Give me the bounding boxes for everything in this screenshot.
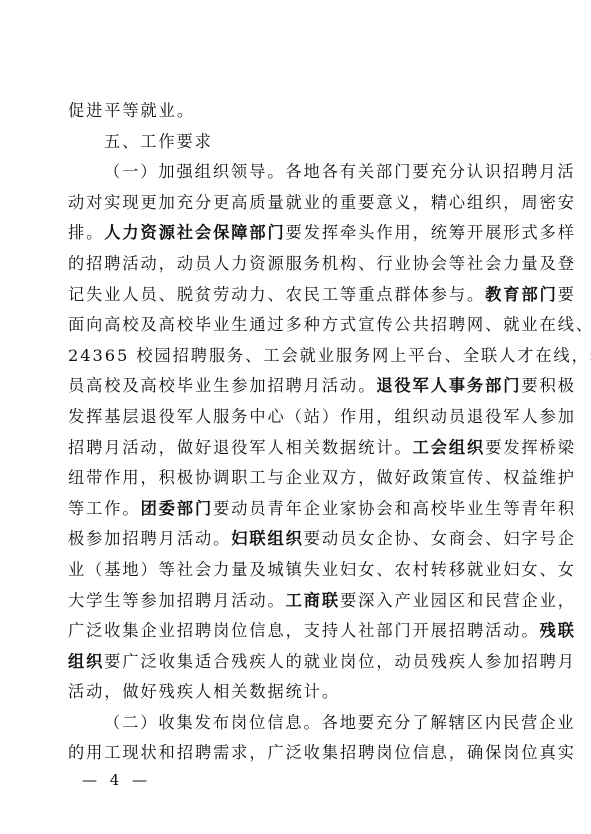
bold-department-name: 教育部门: [485, 285, 558, 304]
text-line: 排。人力资源社会保障部门要发挥牵头作用，统筹开展形式多样: [68, 218, 524, 249]
bold-department-name: 残联: [540, 621, 576, 640]
text-line: 纽带作用，积极协调职工与企业双方，做好政策宣传、权益维护: [68, 463, 524, 494]
text-line: 的用工现状和招聘需求，广泛收集招聘岗位信息，确保岗位真实: [68, 738, 524, 769]
text-segment: 纽带作用，积极协调职工与企业双方，做好政策宣传、权益维护: [68, 468, 576, 487]
text-segment: 大学生等参加招聘月活动。: [68, 591, 286, 610]
text-segment: 招聘月活动，做好退役军人相关数据统计。: [68, 438, 413, 457]
text-line: 等工作。团委部门要动员青年企业家协会和高校毕业生等青年积: [68, 494, 524, 525]
text-segment: 五、工作要求: [104, 132, 213, 151]
text-segment: 要发挥桥梁: [485, 438, 576, 457]
bold-department-name: 人力资源社会保障部门: [104, 223, 285, 242]
text-line: （二）收集发布岗位信息。各地要充分了解辖区内民营企业: [68, 708, 524, 739]
text-segment: 24365 校园招聘服务、工会就业服务网上平台、全联人才在线，动: [68, 346, 591, 365]
text-segment: 记失业人员、脱贫劳动力、农民工等重点群体参与。: [68, 285, 485, 304]
text-line: 记失业人员、脱贫劳动力、农民工等重点群体参与。教育部门要: [68, 280, 524, 311]
bold-department-name: 妇联组织: [231, 529, 304, 548]
text-line: 的招聘活动，动员人力资源服务机构、行业协会等社会力量及登: [68, 249, 524, 280]
text-segment: 业（基地）等社会力量及城镇失业妇女、农村转移就业妇女、女: [68, 560, 576, 579]
text-segment: 的招聘活动，动员人力资源服务机构、行业协会等社会力量及登: [68, 254, 576, 273]
text-line: 动对实现更加充分更高质量就业的重要意义，精心组织，周密安: [68, 188, 524, 219]
document-body: 促进平等就业。五、工作要求（一）加强组织领导。各地各有关部门要充分认识招聘月活动…: [68, 96, 524, 769]
text-segment: 极参加招聘月活动。: [68, 529, 231, 548]
text-segment: 要动员女企协、女商会、妇字号企: [304, 529, 576, 548]
text-segment: 活动，做好残疾人相关数据统计。: [68, 682, 340, 701]
text-line: 大学生等参加招聘月活动。工商联要深入产业园区和民营企业，: [68, 586, 524, 617]
text-line: 员高校及高校毕业生参加招聘月活动。退役军人事务部门要积极: [68, 371, 524, 402]
text-segment: 要广泛收集适合残疾人的就业岗位，动员残疾人参加招聘月: [104, 652, 576, 671]
text-segment: 的用工现状和招聘需求，广泛收集招聘岗位信息，确保岗位真实: [68, 743, 576, 762]
text-line: 广泛收集企业招聘岗位信息，支持人社部门开展招聘活动。残联: [68, 616, 524, 647]
text-segment: 发挥基层退役军人服务中心（站）作用，组织动员退役军人参加: [68, 407, 576, 426]
text-segment: 要积极: [521, 376, 575, 395]
text-line: 五、工作要求: [68, 127, 524, 158]
text-line: 24365 校园招聘服务、工会就业服务网上平台、全联人才在线，动: [68, 341, 524, 372]
text-segment: 要深入产业园区和民营企业，: [340, 591, 576, 610]
text-segment: 要: [558, 285, 576, 304]
text-segment: 排。: [68, 223, 104, 242]
text-segment: （二）收集发布岗位信息。各地要充分了解辖区内民营企业: [104, 713, 576, 732]
bold-department-name: 组织: [68, 652, 104, 671]
page-number: — 4 —: [82, 768, 151, 792]
text-line: 招聘月活动，做好退役军人相关数据统计。工会组织要发挥桥梁: [68, 433, 524, 464]
text-segment: 要发挥牵头作用，统筹开展形式多样: [286, 223, 576, 242]
text-segment: 面向高校及高校毕业生通过多种方式宣传公共招聘网、就业在线、: [68, 315, 591, 334]
text-line: 极参加招聘月活动。妇联组织要动员女企协、女商会、妇字号企: [68, 524, 524, 555]
text-segment: 要动员青年企业家协会和高校毕业生等青年积: [213, 499, 576, 518]
bold-department-name: 团委部门: [141, 499, 214, 518]
bold-department-name: 工会组织: [413, 438, 486, 457]
text-line: 业（基地）等社会力量及城镇失业妇女、农村转移就业妇女、女: [68, 555, 524, 586]
text-line: 面向高校及高校毕业生通过多种方式宣传公共招聘网、就业在线、: [68, 310, 524, 341]
text-segment: 等工作。: [68, 499, 141, 518]
text-line: 发挥基层退役军人服务中心（站）作用，组织动员退役军人参加: [68, 402, 524, 433]
bold-department-name: 退役军人事务部门: [376, 376, 521, 395]
text-line: （一）加强组织领导。各地各有关部门要充分认识招聘月活: [68, 157, 524, 188]
text-line: 活动，做好残疾人相关数据统计。: [68, 677, 524, 708]
text-segment: 促进平等就业。: [68, 101, 195, 120]
text-segment: 广泛收集企业招聘岗位信息，支持人社部门开展招聘活动。: [68, 621, 540, 640]
text-line: 组织要广泛收集适合残疾人的就业岗位，动员残疾人参加招聘月: [68, 647, 524, 678]
text-segment: （一）加强组织领导。各地各有关部门要充分认识招聘月活: [104, 162, 576, 181]
text-segment: 员高校及高校毕业生参加招聘月活动。: [68, 376, 376, 395]
document-page: 促进平等就业。五、工作要求（一）加强组织领导。各地各有关部门要充分认识招聘月活动…: [0, 0, 591, 834]
bold-department-name: 工商联: [286, 591, 340, 610]
text-segment: 动对实现更加充分更高质量就业的重要意义，精心组织，周密安: [68, 193, 576, 212]
text-line: 促进平等就业。: [68, 96, 524, 127]
